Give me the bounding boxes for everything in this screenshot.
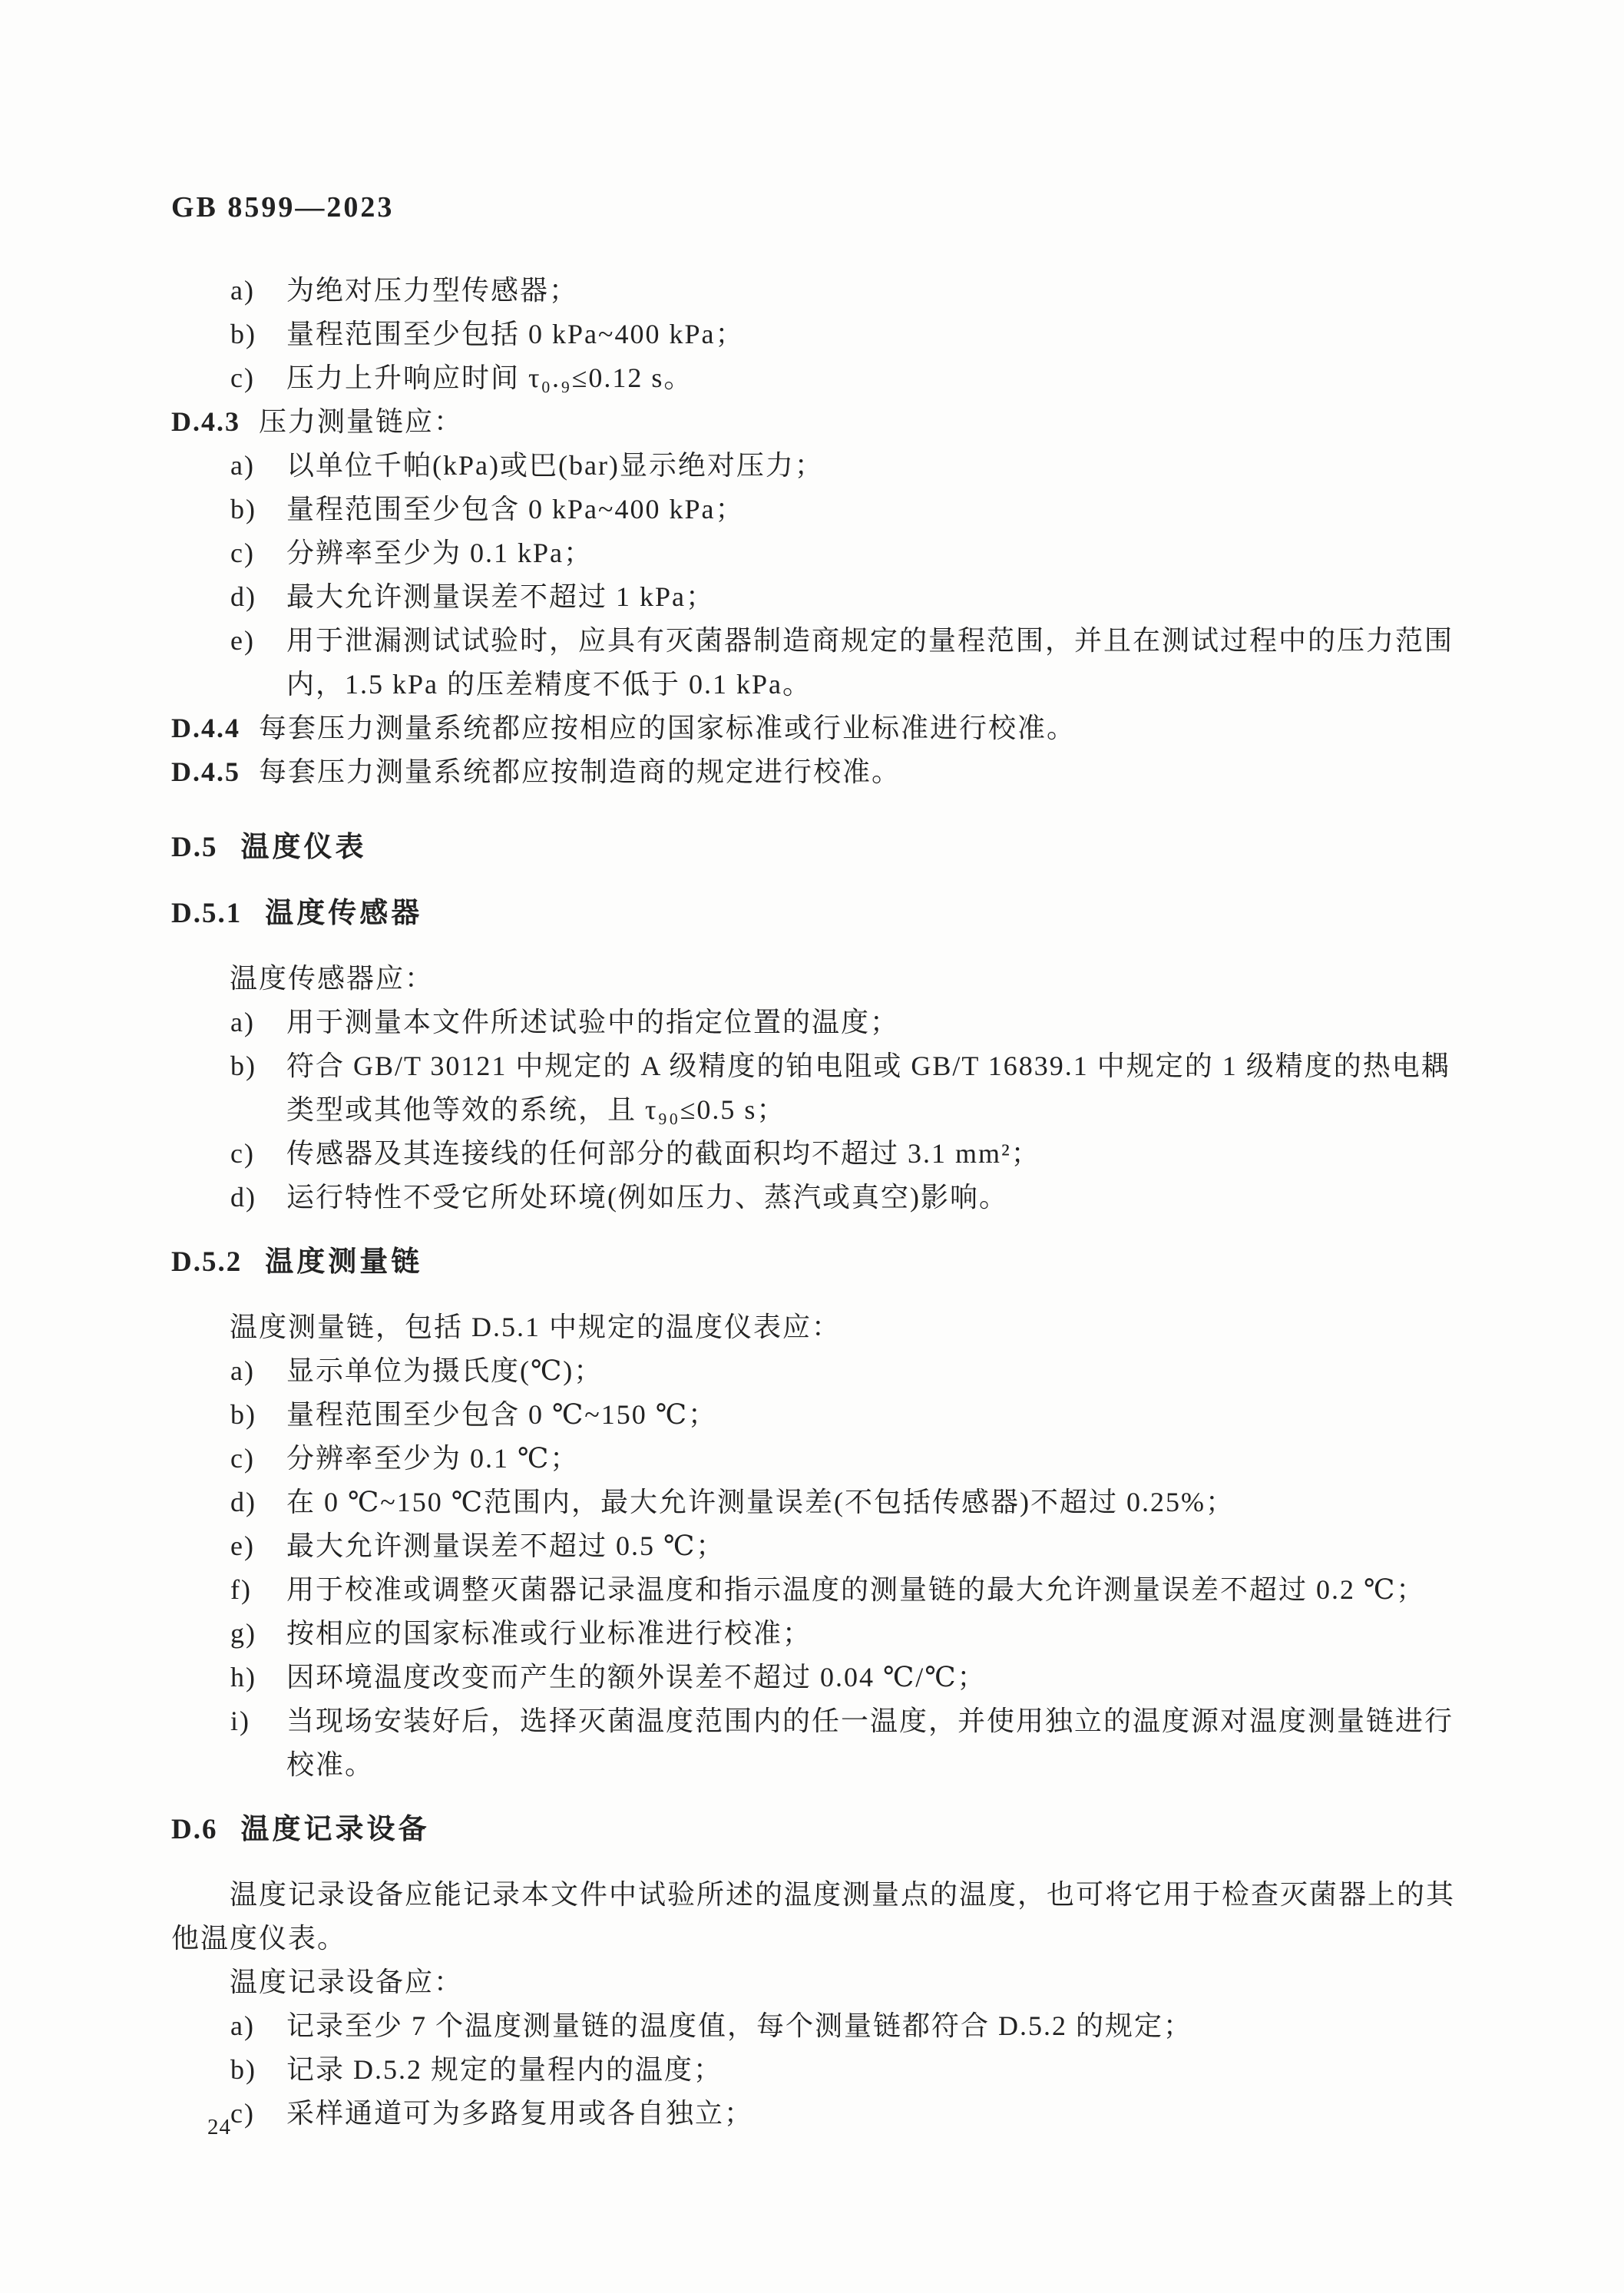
list-item-label: b) [230, 1044, 286, 1088]
list-item-label: c) [230, 531, 286, 575]
section-title: 温度测量链 [265, 1246, 422, 1277]
section-title: 温度传感器 [265, 897, 422, 928]
document-page: GB 8599—2023 a) 为绝对压力型传感器； b) 量程范围至少包括 0… [0, 0, 1624, 2293]
list-item-text: 采样通道可为多路复用或各自独立； [286, 2092, 1501, 2136]
clause-intro: 温度记录设备应： [171, 1960, 1501, 2004]
section-number: D.5.2 [171, 1246, 242, 1278]
list-item: i) 当现场安装好后，选择灭菌温度范围内的任一温度，并使用独立的温度源对温度测量… [171, 1699, 1501, 1787]
list-item-label: b) [230, 488, 286, 531]
list-item-text: 分辨率至少为 0.1 kPa； [286, 531, 1501, 575]
list-item-line: 用于泄漏测试试验时，应具有灭菌器制造商规定的量程范围，并且在测试过程中的压力范围 [286, 619, 1501, 663]
clause-d4-5: D.4.5每套压力测量系统都应按制造商的规定进行校准。 [171, 750, 1501, 794]
list-item: c) 传感器及其连接线的任何部分的截面积均不超过 3.1 mm²； [171, 1132, 1501, 1176]
list-item: b) 量程范围至少包含 0 ℃~150 ℃； [171, 1393, 1501, 1437]
list-item-text: 用于校准或调整灭菌器记录温度和指示温度的测量链的最大允许测量误差不超过 0.2 … [286, 1568, 1501, 1612]
list-item-label: a) [230, 444, 286, 488]
list-item-label: b) [230, 1393, 286, 1437]
list-item-label: a) [230, 2004, 286, 2048]
list-item-line: 校准。 [286, 1743, 1501, 1787]
clause-text: 压力测量链应： [259, 406, 463, 437]
list-item-label: e) [230, 1524, 286, 1568]
page-content: a) 为绝对压力型传感器； b) 量程范围至少包括 0 kPa~400 kPa；… [171, 0, 1501, 2136]
list-item: a) 显示单位为摄氏度(℃)； [171, 1349, 1501, 1393]
section-title: 温度仪表 [240, 831, 366, 862]
section-heading-d5-2: D.5.2温度测量链 [171, 1239, 1501, 1284]
list-item-line: 符合 GB/T 30121 中规定的 A 级精度的铂电阻或 GB/T 16839… [286, 1044, 1501, 1088]
list-item-label: d) [230, 575, 286, 619]
section-heading-d6: D.6温度记录设备 [171, 1807, 1501, 1851]
list-item-label: c) [230, 1437, 286, 1481]
list-item-label: g) [230, 1612, 286, 1656]
list-item-line: 当现场安装好后，选择灭菌温度范围内的任一温度，并使用独立的温度源对温度测量链进行 [286, 1699, 1501, 1743]
list-item: c) 采样通道可为多路复用或各自独立； [171, 2092, 1501, 2136]
list-item: e) 用于泄漏测试试验时，应具有灭菌器制造商规定的量程范围，并且在测试过程中的压… [171, 619, 1501, 706]
list-item-label: d) [230, 1481, 286, 1524]
clause-text: 每套压力测量系统都应按制造商的规定进行校准。 [259, 756, 901, 787]
clause-d4-3: D.4.3压力测量链应： [171, 400, 1501, 444]
paragraph-line: 温度记录设备应能记录本文件中试验所述的温度测量点的温度，也可将它用于检查灭菌器上… [171, 1873, 1501, 1917]
list-item-text: 量程范围至少包含 0 ℃~150 ℃； [286, 1393, 1501, 1437]
list-item-text: 因环境温度改变而产生的额外误差不超过 0.04 ℃/℃； [286, 1656, 1501, 1699]
list-item: b) 量程范围至少包括 0 kPa~400 kPa； [171, 313, 1501, 356]
list-item-text: 用于泄漏测试试验时，应具有灭菌器制造商规定的量程范围，并且在测试过程中的压力范围… [286, 619, 1501, 706]
section-title: 温度记录设备 [240, 1813, 429, 1845]
clause-d4-4: D.4.4每套压力测量系统都应按相应的国家标准或行业标准进行校准。 [171, 706, 1501, 750]
list-item: d) 在 0 ℃~150 ℃范围内，最大允许测量误差(不包括传感器)不超过 0.… [171, 1481, 1501, 1524]
list-item: g) 按相应的国家标准或行业标准进行校准； [171, 1612, 1501, 1656]
body-paragraph: 温度记录设备应能记录本文件中试验所述的温度测量点的温度，也可将它用于检查灭菌器上… [171, 1873, 1501, 1960]
list-item-text: 以单位千帕(kPa)或巴(bar)显示绝对压力； [286, 444, 1501, 488]
clause-number: D.4.5 [171, 756, 240, 787]
section-number: D.6 [171, 1814, 217, 1845]
section-number: D.5 [171, 832, 217, 863]
list-item-label: b) [230, 313, 286, 356]
list-item-text: 用于测量本文件所述试验中的指定位置的温度； [286, 1001, 1501, 1044]
list-item: a) 以单位千帕(kPa)或巴(bar)显示绝对压力； [171, 444, 1501, 488]
list-item-label: a) [230, 1349, 286, 1393]
list-item-text: 显示单位为摄氏度(℃)； [286, 1349, 1501, 1393]
list-item-text: 记录 D.5.2 规定的量程内的温度； [286, 2048, 1501, 2092]
list-item-text: 记录至少 7 个温度测量链的温度值，每个测量链都符合 D.5.2 的规定； [286, 2004, 1501, 2048]
list-item-label: c) [230, 356, 286, 400]
list-item-text: 分辨率至少为 0.1 ℃； [286, 1437, 1501, 1481]
list-item-text: 当现场安装好后，选择灭菌温度范围内的任一温度，并使用独立的温度源对温度测量链进行… [286, 1699, 1501, 1787]
paragraph-line: 他温度仪表。 [171, 1917, 1501, 1960]
list-item-label: f) [230, 1568, 286, 1612]
list-item: b) 量程范围至少包含 0 kPa~400 kPa； [171, 488, 1501, 531]
list-item-label: c) [230, 1132, 286, 1176]
clause-intro: 温度测量链，包括 D.5.1 中规定的温度仪表应： [171, 1305, 1501, 1349]
list-item-text: 符合 GB/T 30121 中规定的 A 级精度的铂电阻或 GB/T 16839… [286, 1044, 1501, 1132]
list-item: c) 压力上升响应时间 τ₀.₉≤0.12 s。 [171, 356, 1501, 400]
list-item: c) 分辨率至少为 0.1 kPa； [171, 531, 1501, 575]
list-item-label: c) [230, 2092, 286, 2136]
list-item-text: 按相应的国家标准或行业标准进行校准； [286, 1612, 1501, 1656]
list-item: f) 用于校准或调整灭菌器记录温度和指示温度的测量链的最大允许测量误差不超过 0… [171, 1568, 1501, 1612]
section-number: D.5.1 [171, 898, 242, 929]
list-item: b) 符合 GB/T 30121 中规定的 A 级精度的铂电阻或 GB/T 16… [171, 1044, 1501, 1132]
list-item-text: 量程范围至少包括 0 kPa~400 kPa； [286, 313, 1501, 356]
list-item-line: 类型或其他等效的系统，且 τ₉₀≤0.5 s； [286, 1088, 1501, 1132]
list-item-label: d) [230, 1176, 286, 1219]
list-item: a) 记录至少 7 个温度测量链的温度值，每个测量链都符合 D.5.2 的规定； [171, 2004, 1501, 2048]
list-item-label: e) [230, 619, 286, 663]
clause-text: 每套压力测量系统都应按相应的国家标准或行业标准进行校准。 [259, 713, 1076, 743]
list-item-text: 在 0 ℃~150 ℃范围内，最大允许测量误差(不包括传感器)不超过 0.25%… [286, 1481, 1501, 1524]
list-item: c) 分辨率至少为 0.1 ℃； [171, 1437, 1501, 1481]
list-item-text: 运行特性不受它所处环境(例如压力、蒸汽或真空)影响。 [286, 1176, 1501, 1219]
list-item-text: 量程范围至少包含 0 kPa~400 kPa； [286, 488, 1501, 531]
list-item: a) 用于测量本文件所述试验中的指定位置的温度； [171, 1001, 1501, 1044]
section-heading-d5: D.5温度仪表 [171, 825, 1501, 869]
list-item-label: b) [230, 2048, 286, 2092]
list-item: d) 最大允许测量误差不超过 1 kPa； [171, 575, 1501, 619]
list-item-text: 最大允许测量误差不超过 1 kPa； [286, 575, 1501, 619]
list-item: e) 最大允许测量误差不超过 0.5 ℃； [171, 1524, 1501, 1568]
list-item-text: 压力上升响应时间 τ₀.₉≤0.12 s。 [286, 356, 1501, 400]
list-item-line: 内，1.5 kPa 的压差精度不低于 0.1 kPa。 [286, 663, 1501, 706]
list-item: b) 记录 D.5.2 规定的量程内的温度； [171, 2048, 1501, 2092]
list-item-text: 最大允许测量误差不超过 0.5 ℃； [286, 1524, 1501, 1568]
list-item: h) 因环境温度改变而产生的额外误差不超过 0.04 ℃/℃； [171, 1656, 1501, 1699]
clause-intro: 温度传感器应： [171, 957, 1501, 1001]
clause-number: D.4.3 [171, 406, 240, 437]
list-item-text: 传感器及其连接线的任何部分的截面积均不超过 3.1 mm²； [286, 1132, 1501, 1176]
section-heading-d5-1: D.5.1温度传感器 [171, 891, 1501, 935]
list-item: d) 运行特性不受它所处环境(例如压力、蒸汽或真空)影响。 [171, 1176, 1501, 1219]
list-item-label: h) [230, 1656, 286, 1699]
list-item-label: a) [230, 1001, 286, 1044]
list-item-label: i) [230, 1699, 286, 1743]
list-item-label: a) [230, 269, 286, 313]
clause-number: D.4.4 [171, 713, 240, 743]
list-item-text: 为绝对压力型传感器； [286, 269, 1501, 313]
page-number: 24 [207, 2112, 231, 2142]
list-item: a) 为绝对压力型传感器； [171, 269, 1501, 313]
